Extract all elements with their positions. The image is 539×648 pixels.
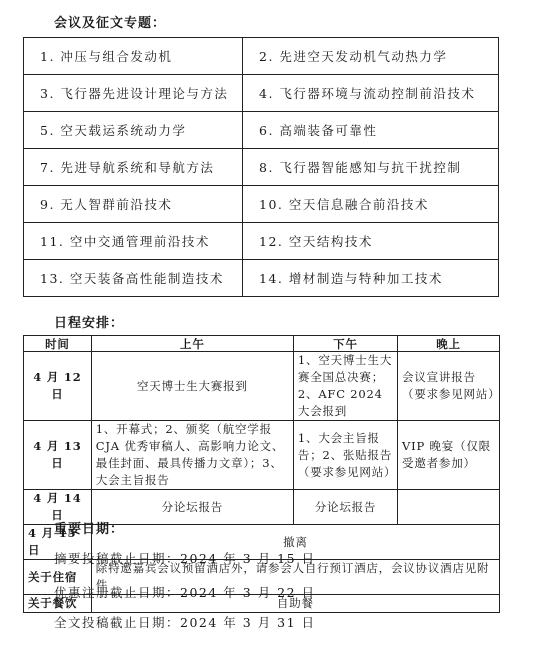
evening-cell: VIP 晚宴（仅限受邀者参加） (398, 421, 500, 490)
date-label: 全文投稿截止日期： (54, 615, 180, 630)
topic-cell: 6. 高端装备可靠性 (243, 112, 499, 149)
schedule-row: 4 月 13 日 1、开幕式；2、颁奖（航空学报 CJA 优秀审稿人、高影响力论… (24, 421, 500, 490)
date-registration: 优惠注册截止日期：2024 年 3 月 22 日 (54, 583, 316, 601)
topics-row: 9. 无人智群前沿技术 10. 空天信息融合前沿技术 (24, 186, 499, 223)
topics-row: 7. 先进导航系统和导航方法 8. 飞行器智能感知与抗干扰控制 (24, 149, 499, 186)
dates-heading: 重要日期： (54, 518, 124, 537)
schedule-row: 4 月 12 日 空天博士生大赛报到 1、空天博士生大赛全国总决赛；2、AFC … (24, 352, 500, 421)
topic-cell: 13. 空天装备高性能制造技术 (24, 260, 243, 297)
schedule-header-row: 时间 上午 下午 晚上 (24, 336, 500, 352)
topic-cell: 8. 飞行器智能感知与抗干扰控制 (243, 149, 499, 186)
header-time: 时间 (24, 336, 92, 352)
time-cell: 4 月 13 日 (24, 421, 92, 490)
header-morning: 上午 (91, 336, 293, 352)
evening-cell (398, 490, 500, 525)
topic-cell: 7. 先进导航系统和导航方法 (24, 149, 243, 186)
topic-cell: 3. 飞行器先进设计理论与方法 (24, 75, 243, 112)
header-afternoon: 下午 (293, 336, 397, 352)
date-value: 2024 年 3 月 15 日 (180, 551, 316, 566)
schedule-table: 时间 上午 下午 晚上 4 月 12 日 空天博士生大赛报到 1、空天博士生大赛… (23, 335, 500, 613)
topic-cell: 9. 无人智群前沿技术 (24, 186, 243, 223)
morning-cell: 1、开幕式；2、颁奖（航空学报 CJA 优秀审稿人、高影响力论文、最佳封面、最具… (91, 421, 293, 490)
date-value: 2024 年 3 月 31 日 (180, 615, 316, 630)
topic-cell: 12. 空天结构技术 (243, 223, 499, 260)
topic-cell: 4. 飞行器环境与流动控制前沿技术 (243, 75, 499, 112)
topic-cell: 10. 空天信息融合前沿技术 (243, 186, 499, 223)
time-cell: 4 月 12 日 (24, 352, 92, 421)
date-abstract: 摘要投稿截止日期：2024 年 3 月 15 日 (54, 549, 316, 567)
topic-cell: 5. 空天载运系统动力学 (24, 112, 243, 149)
schedule-heading: 日程安排： (54, 312, 124, 331)
topics-row: 13. 空天装备高性能制造技术 14. 增材制造与特种加工技术 (24, 260, 499, 297)
date-label: 优惠注册截止日期： (54, 585, 180, 600)
morning-cell: 空天博士生大赛报到 (91, 352, 293, 421)
topics-heading: 会议及征文专题： (54, 12, 166, 31)
topic-cell: 14. 增材制造与特种加工技术 (243, 260, 499, 297)
date-label: 摘要投稿截止日期： (54, 551, 180, 566)
afternoon-cell: 1、空天博士生大赛全国总决赛；2、AFC 2024 大会报到 (293, 352, 397, 421)
date-value: 2024 年 3 月 22 日 (180, 585, 316, 600)
topics-table: 1. 冲压与组合发动机 2. 先进空天发动机气动热力学 3. 飞行器先进设计理论… (23, 37, 499, 297)
evening-cell: 会议宣讲报告（要求参见网站） (398, 352, 500, 421)
topics-row: 11. 空中交通管理前沿技术 12. 空天结构技术 (24, 223, 499, 260)
topics-row: 1. 冲压与组合发动机 2. 先进空天发动机气动热力学 (24, 38, 499, 75)
afternoon-cell: 分论坛报告 (293, 490, 397, 525)
topic-cell: 1. 冲压与组合发动机 (24, 38, 243, 75)
topic-cell: 11. 空中交通管理前沿技术 (24, 223, 243, 260)
topics-row: 3. 飞行器先进设计理论与方法 4. 飞行器环境与流动控制前沿技术 (24, 75, 499, 112)
topics-row: 5. 空天载运系统动力学 6. 高端装备可靠性 (24, 112, 499, 149)
afternoon-cell: 1、大会主旨报告；2、张贴报告（要求参见网站） (293, 421, 397, 490)
topic-cell: 2. 先进空天发动机气动热力学 (243, 38, 499, 75)
date-fullpaper: 全文投稿截止日期：2024 年 3 月 31 日 (54, 613, 316, 631)
header-evening: 晚上 (398, 336, 500, 352)
